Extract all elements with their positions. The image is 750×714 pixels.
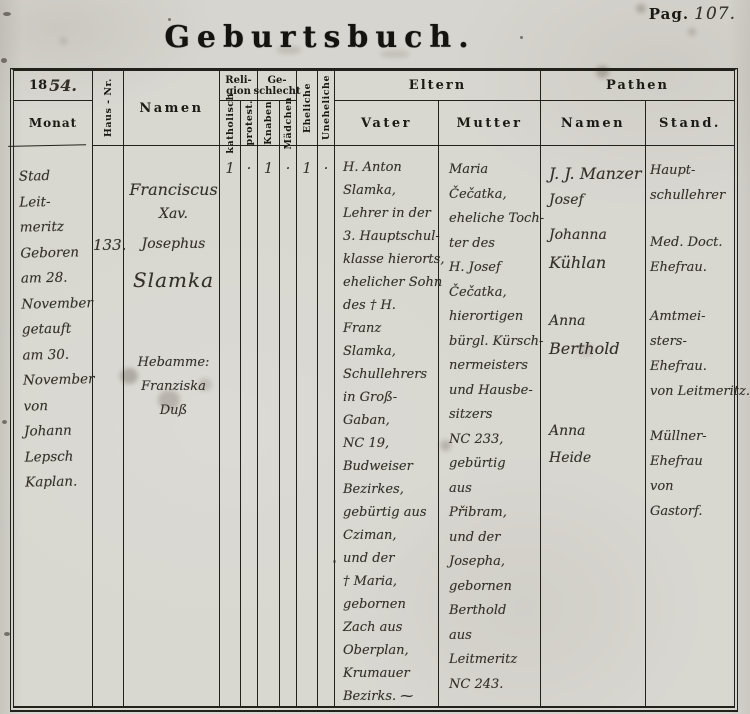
group-header-eltern: Eltern — [334, 71, 540, 101]
hw-line: Schullehrers — [343, 363, 438, 386]
hw-line: Přibram, — [449, 501, 540, 526]
hw-line: am 30. — [22, 342, 91, 369]
hw-line: Oberplan, — [343, 639, 438, 662]
hw-line: Berthold — [449, 599, 540, 624]
hw-line: Josepha, — [449, 550, 540, 575]
hw-line: klasse hierorts, — [343, 248, 438, 271]
col-header-maedchen: Mädchen — [279, 101, 296, 145]
midwife-label: Hebamme: — [128, 351, 219, 375]
year-cell: 18 54. — [14, 71, 92, 101]
hw-line: Čečatka, — [449, 281, 540, 306]
hw-line: eheliche Toch- — [449, 207, 540, 232]
year-handwritten: 54. — [49, 76, 77, 95]
col-header-stand: Stand. — [645, 101, 734, 145]
hw-line: meritz — [20, 214, 89, 241]
mark-unehelich: · — [317, 145, 334, 708]
col-header-mutter: Mutter — [438, 101, 540, 145]
group-header-pathen: Pathen — [540, 71, 734, 101]
hw-line: gebornen — [449, 575, 540, 600]
hw-line: H. Anton — [343, 156, 438, 179]
record-haus-nr: 133. — [92, 145, 123, 708]
hw-line: November — [23, 367, 92, 394]
hw-line: Haupt- — [650, 158, 740, 183]
godparent-stand: Med. Doct.Ehefrau. — [650, 230, 740, 280]
mark-protest: · — [240, 145, 257, 708]
hw-line: 3. Hauptschul- — [343, 225, 438, 248]
hw-line: Amtmei- — [650, 304, 740, 329]
record-mutter: MariaČečatka,eheliche Toch-ter desH. Jos… — [438, 145, 540, 708]
hw-line: ter des — [449, 232, 540, 257]
godparent-stand: Haupt-schullehrer — [650, 158, 740, 208]
hw-line: Franz — [343, 317, 438, 340]
hw-line: gebürtig aus — [343, 501, 438, 524]
child-surname: Slamka — [128, 259, 219, 301]
hw-line: des † H. — [343, 294, 438, 317]
hw-line: Ehefrau — [650, 449, 740, 474]
page-number: Pag. 107. — [649, 4, 736, 24]
hw-line: Müllner- — [650, 424, 740, 449]
hw-line: Geboren — [20, 240, 89, 267]
hw-line: ehelicher Sohn — [343, 271, 438, 294]
page-number-label: Pag. — [649, 5, 689, 23]
hw-line: Budweiser — [343, 455, 438, 478]
hw-line: Lepsch — [24, 444, 93, 471]
hw-line: sters- — [650, 329, 740, 354]
hw-line: NC 233, — [449, 428, 540, 453]
col-header-eheliche: Eheliche — [296, 71, 317, 145]
hw-line: Stad — [19, 163, 88, 190]
hw-line: aus — [449, 477, 540, 502]
hw-line: in Groß- — [343, 386, 438, 409]
mark-ehelich: 1 — [296, 145, 317, 708]
hw-line: Gastorf. — [650, 499, 740, 524]
col-header-vater: Vater — [334, 101, 438, 145]
page-title: Geburtsbuch. — [0, 20, 640, 55]
col-header-namen: Namen — [123, 71, 219, 145]
mark-katholisch: 1 — [219, 145, 240, 708]
hw-line: und der — [343, 547, 438, 570]
hw-line: Maria — [449, 158, 540, 183]
year-printed: 18 — [29, 78, 47, 93]
hw-line: hierortigen — [449, 305, 540, 330]
record-pathen-stand: Haupt-schullehrer Med. Doct.Ehefrau. Amt… — [645, 145, 734, 708]
hw-line: Leitmeritz — [449, 648, 540, 673]
child-name-line: Xav. — [128, 199, 219, 229]
godparent-stand: Müllner-EhefrauvonGastorf. — [650, 424, 740, 524]
register-table: 18 54. Haus - Nr. Namen Reli- gion Ge- s… — [10, 68, 738, 712]
col-header-uneheliche: Uneheliche — [317, 71, 334, 145]
col-header-haus-nr: Haus - Nr. — [92, 71, 123, 145]
hw-line: Ehefrau. — [650, 354, 740, 379]
hw-line: Kaplan. — [25, 469, 94, 496]
hw-line: getauft — [22, 316, 91, 343]
hw-line: von — [23, 393, 92, 420]
col-header-pathen-namen: Namen — [540, 101, 645, 145]
hw-line: gebornen — [343, 593, 438, 616]
hw-line: NC 243. — [449, 673, 540, 698]
page-number-value: 107. — [694, 4, 736, 24]
mark-maedchen: · — [279, 145, 296, 708]
midwife-name: Franziska Duß — [128, 375, 219, 423]
godparent-stand: Amtmei-sters-Ehefrau.von Leitmeritz. — [650, 304, 740, 404]
hw-line: Slamka, — [343, 179, 438, 202]
mark-knaben: 1 — [257, 145, 279, 708]
hw-line: nermeisters — [449, 354, 540, 379]
record-vater: H. AntonSlamka,Lehrer in der3. Hauptschu… — [334, 145, 438, 708]
hw-line: Johann — [24, 418, 93, 445]
hw-line: Krumauer — [343, 662, 438, 685]
hw-line: Bezirkes, — [343, 478, 438, 501]
hw-line: NC 19, — [343, 432, 438, 455]
col-header-katholisch: katholisch — [219, 101, 240, 145]
child-name-line: Josephus — [128, 229, 219, 259]
hw-line: H. Josef — [449, 256, 540, 281]
col-header-knaben: Knaben — [257, 101, 279, 145]
hw-line: aus — [449, 624, 540, 649]
hw-line: Zach aus — [343, 616, 438, 639]
hw-line: gebürtig — [449, 452, 540, 477]
hw-line: und Hausbe- — [449, 379, 540, 404]
hw-line: von Leitmeritz. — [650, 379, 740, 404]
hw-line: Lehrer in der — [343, 202, 438, 225]
hw-line: Čečatka, — [449, 183, 540, 208]
hw-line: Leit- — [19, 189, 88, 216]
hw-line: † Maria, — [343, 570, 438, 593]
record-monat: StadLeit-meritzGeborenam 28.Novembergeta… — [8, 144, 98, 709]
hw-line: November — [21, 291, 90, 318]
hw-line: schullehrer — [650, 183, 740, 208]
hw-line: von — [650, 474, 740, 499]
col-header-monat: Monat — [14, 101, 92, 145]
record-namen: Franciscus Xav. Josephus Slamka Hebamme:… — [123, 145, 219, 708]
hw-line: Ehefrau. — [650, 255, 740, 280]
hw-line: Slamka, — [343, 340, 438, 363]
col-header-protest: protest. — [240, 101, 257, 145]
hw-line: Cziman, — [343, 524, 438, 547]
hw-line: bürgl. Kürsch- — [449, 330, 540, 355]
hw-line: Bezirks. ⁓ — [343, 685, 438, 708]
hw-line: Med. Doct. — [650, 230, 740, 255]
record-pathen-namen: J. J. Manzer Josef Johanna Kühlan Anna B… — [540, 145, 645, 708]
hw-line: sitzers — [449, 403, 540, 428]
hw-line: und der — [449, 526, 540, 551]
child-name-line: Franciscus — [128, 180, 219, 199]
hw-line: am 28. — [21, 265, 90, 292]
hw-line: Gaban, — [343, 409, 438, 432]
